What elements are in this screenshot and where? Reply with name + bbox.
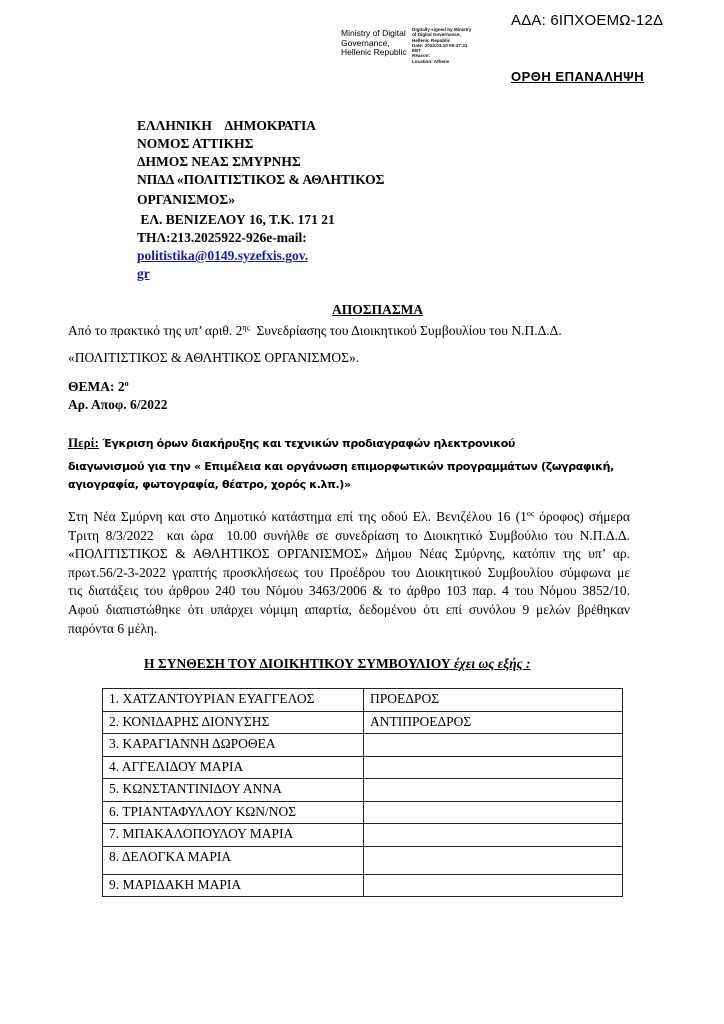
email-link[interactable]: politistika@0149.syzefxis.gov. bbox=[137, 248, 308, 264]
letterhead-line: ΕΛΛΗΝΙΚΗ ΔΗΜΟΚΡΑΤΙΑ bbox=[137, 118, 316, 134]
table-row: 1. ΧΑΤΖΑΝΤΟΥΡΙΑΝ ΕΥΑΓΓΕΛΟΣΠΡΟΕΔΡΟΣ bbox=[103, 689, 623, 712]
letterhead-address: ΕΛ. ΒΕΝΙΖΕΛΟΥ 16, Τ.Κ. 171 21 bbox=[137, 212, 335, 228]
member-role bbox=[364, 779, 623, 802]
body-line: Στη Νέα Σμύρνη και στο Δημοτικό κατάστημ… bbox=[68, 505, 630, 527]
subject-text: Έγκριση όρων διακήρυξης και τεχνικών προ… bbox=[99, 437, 515, 450]
member-name: 4. ΑΓΓΕΛΙΔΟΥ ΜΑΡΙΑ bbox=[103, 756, 364, 779]
member-role: ΑΝΤΙΠΡΟΕΔΡΟΣ bbox=[364, 711, 623, 734]
table-row: 6. ΤΡΙΑΝΤΑΦΥΛΛΟΥ ΚΩΝ/ΝΟΣ bbox=[103, 801, 623, 824]
body-line: τις διατάξεις του άρθρου 240 του Νόμου 3… bbox=[68, 582, 630, 601]
body-paragraph: Στη Νέα Σμύρνη και στο Δημοτικό κατάστημ… bbox=[68, 505, 630, 638]
composition-title-text: Η ΣΥΝΘΕΣΗ ΤΟΥ ΔΙΟΙΚΗΤΙΚΟΥ ΣΥΜΒΟΥΛΙΟΥ bbox=[144, 656, 454, 671]
body-text: Στη Νέα Σμύρνη και στο Δημοτικό κατάστημ… bbox=[68, 509, 527, 524]
table-row: 3. ΚΑΡΑΓΙΑΝΝΗ ΔΩΡΟΘΕΑ bbox=[103, 734, 623, 757]
member-role bbox=[364, 824, 623, 847]
topic-text: ΘΕΜΑ: 2 bbox=[68, 379, 125, 394]
document-title: ΑΠΟΣΠΑΣΜΑ bbox=[332, 302, 423, 318]
signer-line: Hellenic Republic bbox=[341, 48, 421, 58]
body-text: όροφος) σήμερα bbox=[534, 509, 630, 524]
member-role: ΠΡΟΕΔΡΟΣ bbox=[364, 689, 623, 712]
intro-text-tail: Συνεδρίασης του Διοικητικού Συμβουλίου τ… bbox=[250, 323, 562, 338]
member-role bbox=[364, 801, 623, 824]
topic-sup: ο bbox=[125, 379, 129, 388]
member-name: 6. ΤΡΙΑΝΤΑΦΥΛΛΟΥ ΚΩΝ/ΝΟΣ bbox=[103, 801, 364, 824]
subject-label: Περί: bbox=[68, 435, 99, 450]
table-row: 5. ΚΩΝΣΤΑΝΤΙΝΙΔΟΥ ΑΝΝΑ bbox=[103, 779, 623, 802]
letterhead-line: ΝΟΜΟΣ ΑΤΤΙΚΗΣ bbox=[137, 136, 253, 152]
decision-number: Αρ. Αποφ. 6/2022 bbox=[68, 397, 168, 413]
letterhead-line: ΔΗΜΟΣ ΝΕΑΣ ΣΜΥΡΝΗΣ bbox=[137, 154, 301, 170]
member-role bbox=[364, 846, 623, 874]
body-line: Αφού διαπιστώθηκε ότι υπάρχει νόμιμη απα… bbox=[68, 601, 630, 620]
intro-text: Από το πρακτικό της υπ’ αριθ. 2 bbox=[68, 323, 242, 338]
ada-code: ΑΔΑ: 6ΙΠΧΟΕΜΩ-12Δ bbox=[511, 12, 663, 29]
subject-line: διαγωνισμού για την « Επιμέλεια και οργά… bbox=[68, 460, 614, 473]
topic-label: ΘΕΜΑ: 2ο bbox=[68, 379, 129, 395]
email-link-continued[interactable]: gr bbox=[137, 266, 150, 282]
member-name: 3. ΚΑΡΑΓΙΑΝΝΗ ΔΩΡΟΘΕΑ bbox=[103, 734, 364, 757]
member-role bbox=[364, 734, 623, 757]
body-line: «ΠΟΛΙΤΙΣΤΙΚΟΣ & ΑΘΛΗΤΙΚΟΣ ΟΡΓΑΝΙΣΜΟΣ» Δή… bbox=[68, 545, 630, 564]
signature-details: Digitally signed by Ministry of Digital … bbox=[412, 27, 484, 64]
table-row: 7. ΜΠΑΚΑΛΟΠΟΥΛΟΥ ΜΑΡΙΑ bbox=[103, 824, 623, 847]
digital-signer: Ministry of Digital Governance, Hellenic… bbox=[341, 29, 421, 58]
corrected-copy-label: ΟΡΘΗ ΕΠΑΝΑΛΗΨΗ bbox=[511, 69, 644, 84]
table-row: 4. ΑΓΓΕΛΙΔΟΥ ΜΑΡΙΑ bbox=[103, 756, 623, 779]
subject-line: Περί: Έγκριση όρων διακήρυξης και τεχνικ… bbox=[68, 435, 515, 451]
member-role bbox=[364, 874, 623, 897]
letterhead-line: ΟΡΓΑΝΙΣΜΟΣ» bbox=[137, 192, 235, 208]
subject-line: αγιογραφία, φωτογραφία, θέατρο, χορός κ.… bbox=[68, 478, 351, 491]
member-name: 9. ΜΑΡΙΔΑΚΗ ΜΑΡΙΑ bbox=[103, 874, 364, 897]
letterhead-phone: ΤΗΛ:213.2025922-926e-mail: bbox=[137, 230, 307, 246]
body-sup: ος bbox=[527, 509, 534, 518]
signature-detail-line: Location: Athens bbox=[412, 59, 484, 64]
table-row: 8. ΔΕΛΟΓΚΑ ΜΑΡΙΑ bbox=[103, 846, 623, 874]
table-row: 9. ΜΑΡΙΔΑΚΗ ΜΑΡΙΑ bbox=[103, 874, 623, 897]
member-name: 2. ΚΟΝΙΔΑΡΗΣ ΔΙΟΝΥΣΗΣ bbox=[103, 711, 364, 734]
member-role bbox=[364, 756, 623, 779]
member-name: 7. ΜΠΑΚΑΛΟΠΟΥΛΟΥ ΜΑΡΙΑ bbox=[103, 824, 364, 847]
table-row: 2. ΚΟΝΙΔΑΡΗΣ ΔΙΟΝΥΣΗΣΑΝΤΙΠΡΟΕΔΡΟΣ bbox=[103, 711, 623, 734]
composition-title-tail: έχει ως εξής : bbox=[454, 656, 531, 671]
org-line: «ΠΟΛΙΤΙΣΤΙΚΟΣ & ΑΘΛΗΤΙΚΟΣ ΟΡΓΑΝΙΣΜΟΣ». bbox=[68, 350, 359, 366]
board-members-table: 1. ΧΑΤΖΑΝΤΟΥΡΙΑΝ ΕΥΑΓΓΕΛΟΣΠΡΟΕΔΡΟΣ2. ΚΟΝ… bbox=[102, 688, 623, 897]
body-line: παρόντα 6 μέλη. bbox=[68, 620, 630, 639]
member-name: 5. ΚΩΝΣΤΑΝΤΙΝΙΔΟΥ ΑΝΝΑ bbox=[103, 779, 364, 802]
intro-line: Από το πρακτικό της υπ’ αριθ. 2ης Συνεδρ… bbox=[68, 323, 562, 339]
composition-title: Η ΣΥΝΘΕΣΗ ΤΟΥ ΔΙΟΙΚΗΤΙΚΟΥ ΣΥΜΒΟΥΛΙΟΥ έχε… bbox=[144, 656, 531, 672]
intro-sup: ης bbox=[242, 323, 249, 332]
body-line: Τριτη 8/3/2022 και ώρα 10.00 συνήλθε σε … bbox=[68, 527, 630, 546]
body-line: πρωτ.56/2-3-2022 γραπτής προσκλήσεως του… bbox=[68, 564, 630, 583]
member-name: 8. ΔΕΛΟΓΚΑ ΜΑΡΙΑ bbox=[103, 846, 364, 874]
member-name: 1. ΧΑΤΖΑΝΤΟΥΡΙΑΝ ΕΥΑΓΓΕΛΟΣ bbox=[103, 689, 364, 712]
letterhead-line: ΝΠΔΔ «ΠΟΛΙΤΙΣΤΙΚΟΣ & ΑΘΛΗΤΙΚΟΣ bbox=[137, 172, 385, 188]
